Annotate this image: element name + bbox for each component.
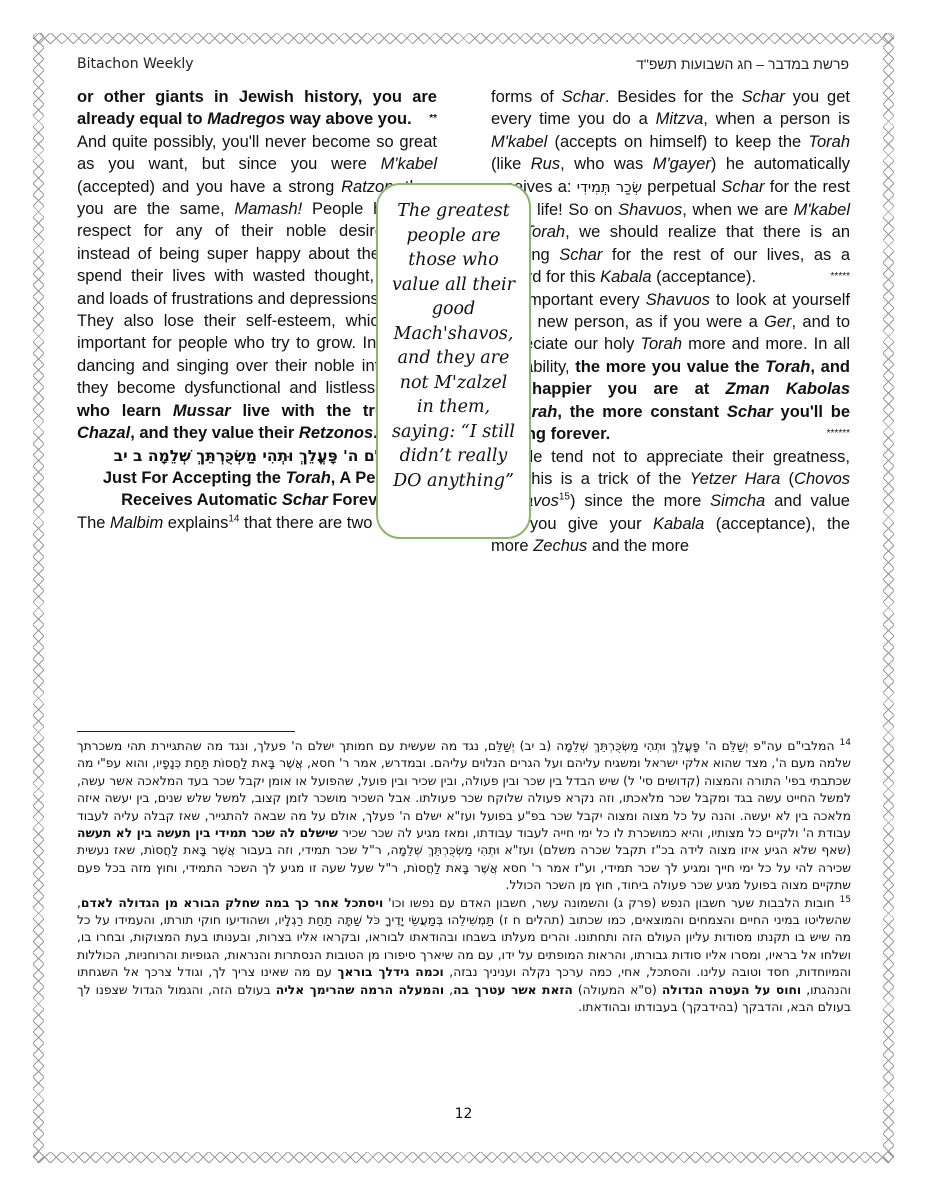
footnote-separator	[77, 731, 295, 732]
footnote-14: 14 המלבי"ם עה"פ יְשַׁלֵּם ה' פָּעֳלֵךְ ו…	[77, 738, 851, 895]
page-number: 12	[0, 1106, 927, 1122]
paragraph: or other giants in Jewish history, you a…	[77, 86, 437, 131]
paragraph: forms of Schar. Besides for the Schar yo…	[491, 86, 850, 289]
section-stars: *****	[831, 266, 850, 288]
section-stars: **	[429, 108, 437, 130]
section-stars: ******	[827, 423, 850, 445]
parsha-title: פרשת במדבר – חג השבועות תשפ"ד	[636, 56, 849, 72]
pull-quote-box: The greatest people are those who value …	[376, 183, 531, 539]
paragraph: People tend not to appreciate their grea…	[491, 446, 850, 558]
footnote-15: 15 חובות הלבבות שער חשבון הנפש (פרק ג) ו…	[77, 895, 851, 1017]
paragraph: It is important every Shavuos to look at…	[491, 289, 850, 446]
publication-title: Bitachon Weekly	[77, 56, 194, 72]
footnotes: 14 המלבי"ם עה"פ יְשַׁלֵּם ה' פָּעֳלֵךְ ו…	[77, 738, 851, 1017]
footnote-ref[interactable]: 14	[228, 513, 239, 524]
footnote-ref[interactable]: 15	[559, 492, 570, 503]
right-column: forms of Schar. Besides for the Schar yo…	[491, 86, 850, 558]
